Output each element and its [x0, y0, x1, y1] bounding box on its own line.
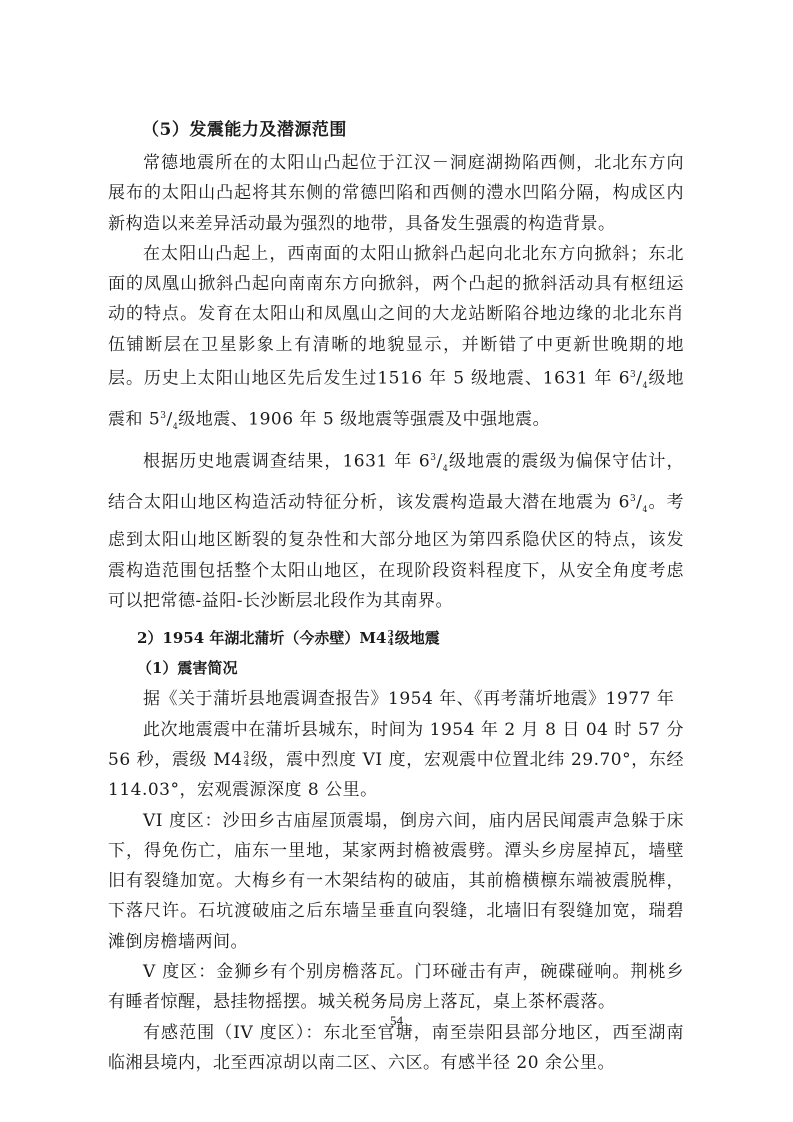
section-heading-seismogenic-capacity: （5）发震能力及潜源范围	[142, 118, 684, 142]
page-number: 54	[0, 1013, 793, 1029]
paragraph-tilting-uplift: 在太阳山凸起上，西南面的太阳山掀斜凸起向北北东方向掀斜；东北面的凤凰山掀斜凸起向…	[108, 239, 684, 443]
fraction-denominator: 4	[387, 639, 393, 647]
heading-text: 2）1954 年湖北蒲圻（今赤壁）M4	[137, 629, 386, 647]
heading-text: 级地震	[395, 629, 440, 647]
subheading-damage-overview: （1）震害简况	[137, 656, 684, 680]
document-page: （5）发震能力及潜源范围 常德地震所在的太阳山凸起位于江汉－洞庭湖拗陷西侧，北北…	[108, 118, 684, 1078]
paragraph-max-potential-quake: 根据历史地震调查结果，1631 年 63/4级地震的震级为偏保守估计，结合太阳山…	[108, 443, 684, 617]
magnitude-fraction: 34	[387, 631, 393, 647]
fraction-denominator: 4	[243, 760, 249, 768]
section-heading-1954-puqi-earthquake: 2）1954 年湖北蒲圻（今赤壁）M434级地震	[137, 626, 684, 650]
paragraph-text: 在太阳山凸起上，西南面的太阳山掀斜凸起向北北东方向掀斜；东北面的凤凰山掀斜凸起向…	[108, 244, 684, 389]
paragraph-tectonic-setting: 常德地震所在的太阳山凸起位于江汉－洞庭湖拗陷西侧，北北东方向展布的太阳山凸起将其…	[108, 148, 684, 239]
paragraph-source: 据《关于蒲圻县地震调查报告》1954 年、《再考蒲圻地震》1977 年	[108, 684, 684, 714]
paragraph-quake-details: 此次地震震中在蒲圻县城东，时间为 1954 年 2 月 8 日 04 时 57 …	[108, 715, 684, 806]
paragraph-intensity-v-zone: V 度区：金狮乡有个别房檐落瓦。门环碰击有声，碗碟碰响。荆桃乡有睡者惊醒，悬挂物…	[108, 957, 684, 1018]
paragraph-text: 级地震、1906 年 5 级地震等强震及中强地震。	[178, 410, 550, 430]
paragraph-intensity-vi-zone: VI 度区：沙田乡古庙屋顶震塌，倒房六间，庙内居民闻震声急躲于床下，得免伤亡，庙…	[108, 806, 684, 957]
paragraph-text: 1516 年 5 级地震、1631 年 6	[377, 369, 630, 389]
paragraph-text: 根据历史地震调查结果，1631 年 6	[143, 451, 430, 471]
magnitude-fraction: 34	[243, 752, 249, 768]
